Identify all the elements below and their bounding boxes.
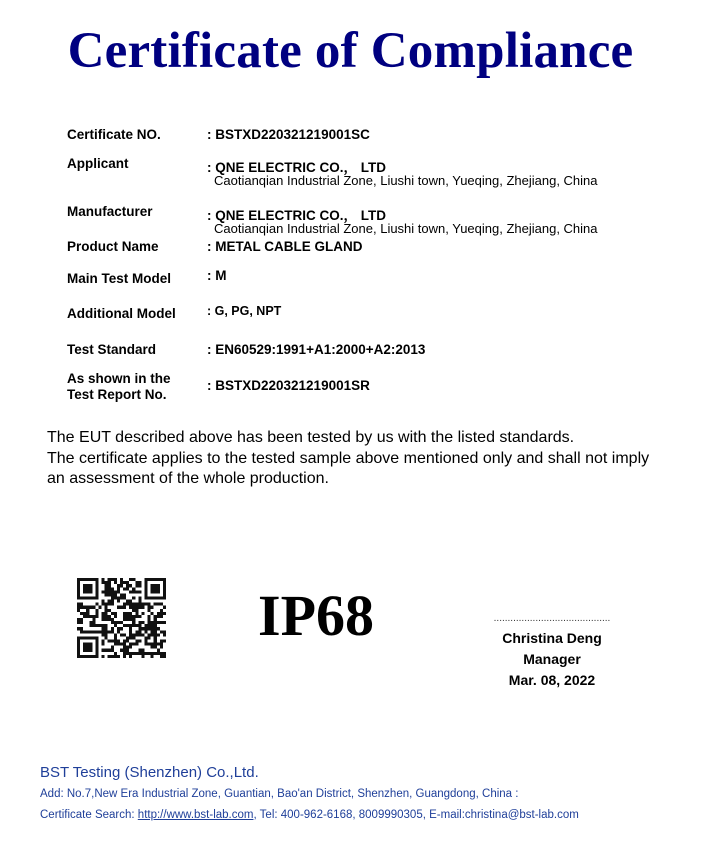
lab-contact: Certificate Search: http://www.bst-lab.c… bbox=[40, 809, 579, 821]
field-label-line2: Test Report No. bbox=[67, 387, 207, 403]
field-label: Test Standard bbox=[67, 342, 207, 358]
field-value: : BSTXD220321219001SC bbox=[207, 127, 370, 142]
field-label: Product Name bbox=[67, 239, 207, 255]
field-label: As shown in the Test Report No. bbox=[67, 371, 207, 403]
statement-line: The certificate applies to the tested sa… bbox=[47, 449, 649, 470]
compliance-statement: The EUT described above has been tested … bbox=[47, 428, 649, 490]
manufacturer-address: Caotianqian Industrial Zone, Liushi town… bbox=[214, 221, 598, 236]
field-label: Additional Model bbox=[67, 306, 207, 322]
field-label: Certificate NO. bbox=[67, 127, 207, 143]
page-title: Certificate of Compliance bbox=[0, 22, 701, 80]
field-value: : METAL CABLE GLAND bbox=[207, 239, 363, 254]
issue-date: Mar. 08, 2022 bbox=[476, 670, 628, 691]
website-link[interactable]: http://www.bst-lab.com bbox=[138, 809, 254, 821]
field-value: : G, PG, NPT bbox=[207, 304, 281, 318]
lab-address: Add: No.7,New Era Industrial Zone, Guant… bbox=[40, 788, 518, 800]
ip-rating: IP68 bbox=[258, 582, 374, 649]
field-value: : BSTXD220321219001SR bbox=[207, 378, 370, 393]
lab-name: BST Testing (Shenzhen) Co.,Ltd. bbox=[40, 764, 259, 781]
field-label: Applicant bbox=[67, 156, 207, 172]
signatory-role: Manager bbox=[476, 649, 628, 670]
contact-info: , Tel: 400-962-6168, 8009990305, E-mail:… bbox=[253, 809, 578, 821]
applicant-address: Caotianqian Industrial Zone, Liushi town… bbox=[214, 173, 598, 188]
signature-block: ........................................… bbox=[476, 614, 628, 691]
field-label: Manufacturer bbox=[67, 204, 207, 220]
field-value: : M bbox=[207, 268, 227, 283]
statement-line: The EUT described above has been tested … bbox=[47, 428, 649, 449]
qr-code-icon bbox=[77, 578, 166, 658]
signature-line: ........................................… bbox=[476, 614, 628, 624]
field-label-line1: As shown in the bbox=[67, 371, 207, 387]
statement-line: an assessment of the whole production. bbox=[47, 469, 649, 490]
signatory-name: Christina Deng bbox=[476, 628, 628, 649]
field-label: Main Test Model bbox=[67, 271, 207, 287]
field-value: : EN60529:1991+A1:2000+A2:2013 bbox=[207, 342, 425, 357]
search-label: Certificate Search: bbox=[40, 809, 138, 821]
